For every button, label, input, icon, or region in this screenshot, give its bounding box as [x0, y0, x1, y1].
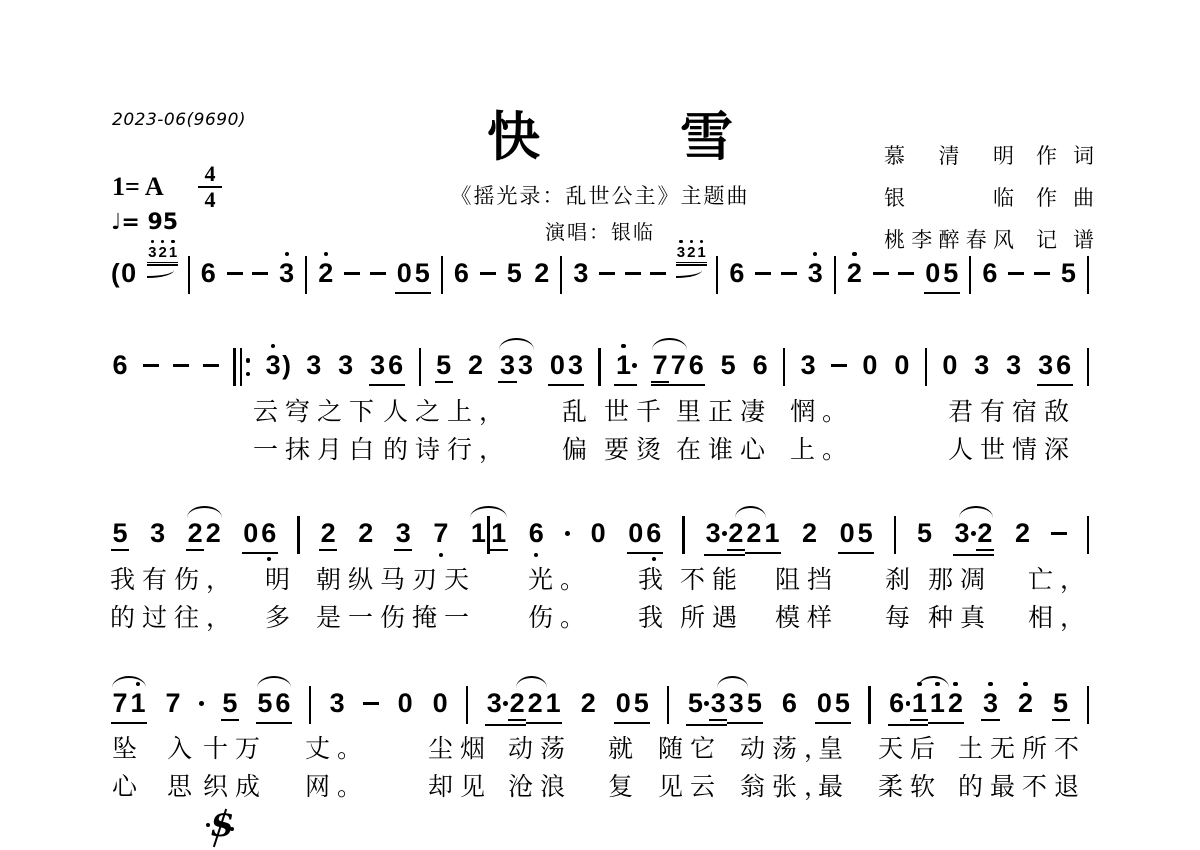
- note: 6: [780, 688, 798, 719]
- beam-group: 06: [242, 518, 278, 554]
- note: 0: [838, 518, 856, 549]
- slur-arc: [516, 676, 547, 688]
- barline: [598, 348, 600, 386]
- note-digit: 6: [452, 258, 470, 289]
- octave-dot-above: [151, 240, 154, 243]
- note: 5: [505, 258, 523, 289]
- note: 2: [158, 244, 168, 261]
- lyric-segment: 心: [112, 772, 144, 803]
- beam-group: 06: [627, 518, 663, 554]
- tempo-marking: ♩= 95: [111, 210, 178, 235]
- note: 7: [111, 688, 129, 719]
- beam-group: 05: [924, 258, 960, 294]
- grace-slur: [676, 268, 702, 278]
- note-digit: 0: [395, 258, 413, 289]
- note: 2: [727, 518, 745, 551]
- note-digit: 5: [856, 518, 874, 549]
- lyric-segment: 云穹之下: [253, 397, 381, 428]
- note-digit: 3: [147, 244, 157, 261]
- note-digit: 6: [199, 258, 217, 289]
- note-digit: 2: [845, 258, 863, 289]
- note-digit: 3: [485, 688, 503, 719]
- note: 3: [709, 688, 727, 721]
- note-digit: 6: [981, 258, 999, 289]
- augmentation-dot: [565, 531, 570, 536]
- note: 3: [799, 350, 817, 381]
- slur-arc: [959, 506, 993, 518]
- slur-group: 32: [953, 518, 994, 556]
- note-digit: 0: [815, 688, 833, 719]
- note: 1: [544, 688, 562, 719]
- note: 6: [260, 518, 278, 549]
- lyric-segment: 十万: [203, 734, 267, 765]
- note-digit: 0: [120, 258, 138, 289]
- duration-dash: [173, 364, 189, 367]
- lyric-segment: 伤。: [528, 603, 592, 634]
- note: 3: [517, 350, 535, 381]
- credit-name: 慕清明: [884, 140, 1014, 170]
- note: 0: [589, 518, 607, 549]
- note: 2: [745, 518, 763, 549]
- duration-dash: [625, 272, 641, 275]
- note-digit: 5: [256, 688, 274, 719]
- note-digit: 3: [981, 688, 999, 721]
- lyric-segment: 坠: [112, 734, 144, 765]
- note: 0: [924, 258, 942, 289]
- lyric-segment: 网。: [305, 772, 369, 803]
- note-digit: 3: [149, 518, 167, 549]
- beam-group: 05: [614, 688, 650, 724]
- note-digit: 3: [305, 350, 323, 381]
- note: 3: [806, 258, 824, 289]
- note-digit: 1: [614, 350, 632, 381]
- octave-dot-above: [621, 344, 625, 348]
- beam-group: 32: [485, 688, 526, 726]
- lyric-segment: 不能: [680, 565, 744, 596]
- note-digit: 1: [928, 688, 946, 719]
- note: 5: [111, 518, 129, 551]
- note: 1: [928, 688, 946, 719]
- note-digit: 3: [328, 688, 346, 719]
- lyric-segment: 柔软: [878, 772, 942, 803]
- note: 2: [976, 518, 994, 551]
- note-digit: 3: [369, 350, 387, 381]
- note: 5: [745, 688, 763, 719]
- lyric-segment: 入: [167, 734, 199, 765]
- duration-dash: [363, 702, 379, 705]
- note-digit: 2: [976, 518, 994, 551]
- note: 2: [686, 244, 696, 261]
- slur-arc: [112, 676, 147, 688]
- note-digit: 6: [751, 350, 769, 381]
- note: 6: [751, 350, 769, 381]
- note: 5: [256, 688, 274, 719]
- note-digit: 7: [432, 518, 450, 549]
- note-digit: 6: [260, 518, 278, 549]
- note: 2: [508, 688, 526, 721]
- note-digit: 5: [1052, 688, 1070, 721]
- octave-dot-above: [813, 252, 817, 256]
- duration-dash: [898, 272, 914, 275]
- music-line-3: 532206223711600632212055322: [111, 518, 1089, 558]
- note-digit: 3: [264, 350, 282, 381]
- beam-group: 1: [614, 350, 637, 386]
- note: 6: [387, 350, 405, 381]
- note-digit: 2: [727, 518, 745, 551]
- duration-dash: [227, 272, 243, 275]
- note: 2: [317, 258, 335, 289]
- lyric-segment: 思: [167, 772, 199, 803]
- note-digit: 6: [687, 350, 705, 381]
- barline: [1087, 686, 1089, 724]
- note-digit: 6: [728, 258, 746, 289]
- octave-dot-above: [679, 240, 682, 243]
- note: 5: [632, 688, 650, 719]
- note: 3: [485, 688, 503, 719]
- open-paren: (: [111, 258, 120, 289]
- note-digit: 2: [801, 518, 819, 549]
- note: 1: [469, 518, 487, 549]
- note: 5: [1052, 688, 1070, 721]
- lyric-segment: 的过往，: [110, 603, 238, 634]
- note: 1: [696, 244, 706, 261]
- slur-arc: [652, 338, 687, 350]
- note-digit: 5: [413, 258, 431, 289]
- note: 6: [728, 258, 746, 289]
- duration-dash: [755, 272, 771, 275]
- note: 2: [579, 688, 597, 719]
- note: 6: [645, 518, 663, 549]
- lyric-segment: 皇: [818, 734, 850, 765]
- beam-group: 61: [888, 688, 929, 726]
- note: 5: [435, 350, 453, 383]
- note-digit: 3: [337, 350, 355, 381]
- duration-dash: [650, 272, 666, 275]
- slur-group: 3221: [485, 688, 562, 726]
- octave-dot-above: [852, 252, 856, 256]
- repeat-dot: [246, 358, 250, 362]
- note-digit: 5: [833, 688, 851, 719]
- segno-icon: S: [206, 808, 234, 848]
- slur-arc: [735, 506, 766, 518]
- note: 6: [452, 258, 470, 289]
- music-line-1: (03216320565233216320565: [111, 258, 1089, 298]
- note: 3: [953, 518, 971, 549]
- duration-dash: [1051, 532, 1067, 535]
- note: 2: [845, 258, 863, 289]
- lyric-segment: 模样: [775, 603, 839, 634]
- grace-slur: [147, 268, 173, 278]
- note-digit: 0: [614, 688, 632, 719]
- duration-dash: [1034, 272, 1050, 275]
- note-digit: 0: [242, 518, 260, 549]
- note-digit: 6: [780, 688, 798, 719]
- title-char-2: 雪: [680, 108, 733, 168]
- lyric-segment: 那凋: [928, 565, 992, 596]
- note: 7: [432, 518, 450, 549]
- slur-arc: [499, 338, 534, 350]
- lyric-segment: 的诗行，: [383, 435, 511, 466]
- note: 0: [893, 350, 911, 381]
- note-digit: 3: [566, 350, 584, 381]
- lyric-segment: 里正凄: [676, 397, 772, 428]
- note-digit: 5: [111, 518, 129, 551]
- note-digit: 5: [632, 688, 650, 719]
- repeat-start-barline: [233, 348, 251, 386]
- lyric-segment: 所遇: [680, 603, 744, 634]
- slur-arc: [187, 506, 222, 518]
- note-digit: 3: [1037, 350, 1055, 381]
- note: 0: [941, 350, 959, 381]
- note: 0: [861, 350, 879, 381]
- note-digit: 2: [357, 518, 375, 549]
- note: 2: [1013, 518, 1031, 549]
- slur-group: 11: [469, 518, 507, 554]
- octave-dot-below: [439, 553, 443, 557]
- barline: [419, 348, 421, 386]
- note-digit: 2: [508, 688, 526, 721]
- note: 0: [815, 688, 833, 719]
- song-title: 快 雪: [487, 108, 733, 168]
- barline: [925, 348, 927, 386]
- time-signature-bottom: 4: [198, 188, 222, 211]
- note-digit: 3: [953, 518, 971, 549]
- lyric-segment: 动荡: [508, 734, 572, 765]
- lyric-segment: 我有伤，: [110, 565, 238, 596]
- note: 3: [981, 688, 999, 721]
- barline: [716, 256, 718, 294]
- title-char-1: 快: [487, 108, 540, 168]
- duration-dash: [599, 272, 615, 275]
- note-digit: 7: [164, 688, 182, 719]
- note: 0: [627, 518, 645, 549]
- duration-dash: [252, 272, 268, 275]
- beam-group: 35: [727, 688, 763, 724]
- note: 2: [319, 518, 337, 551]
- note-digit: 6: [645, 518, 663, 549]
- note-digit: 1: [469, 518, 487, 549]
- lyric-segment: 乱: [562, 397, 594, 428]
- note: 1: [168, 244, 178, 261]
- note-digit: 1: [168, 244, 178, 261]
- note-digit: 5: [435, 350, 453, 383]
- note-digit: 5: [915, 518, 933, 549]
- beam-group: 05: [838, 518, 874, 554]
- note-digit: 1: [910, 688, 928, 721]
- note-digit: 3: [498, 350, 516, 383]
- note-digit: 1: [763, 518, 781, 549]
- note-digit: 3: [1005, 350, 1023, 381]
- music-line-2: 63)333652330317765630003336: [111, 350, 1089, 390]
- edition-code: 2023-06(9690): [112, 110, 246, 130]
- grace-row: 321: [147, 244, 178, 263]
- note: 2: [1016, 688, 1034, 719]
- lyric-segment: 尘烟: [428, 734, 492, 765]
- note: 7: [164, 688, 182, 719]
- rdots: [246, 348, 250, 386]
- note-digit: 1: [129, 688, 147, 719]
- credit-role: 记谱: [1036, 224, 1094, 254]
- lyric-segment: 上。: [790, 435, 854, 466]
- lyric-segment: 我: [638, 603, 670, 634]
- note: 6: [981, 258, 999, 289]
- lyric-segment: 相，: [1028, 603, 1092, 634]
- lyric-segment: 是一伤掩一: [316, 603, 476, 634]
- note-digit: 5: [942, 258, 960, 289]
- note: 3: [676, 244, 686, 261]
- barline: [466, 686, 468, 724]
- beam-group: 71: [111, 688, 147, 724]
- octave-dot-below: [267, 557, 271, 561]
- note: 6: [1055, 350, 1073, 381]
- note: 3: [328, 688, 346, 719]
- note: 3: [498, 350, 516, 383]
- slur-arc: [717, 676, 748, 688]
- note: 6: [527, 518, 545, 549]
- duration-dash: [480, 272, 496, 275]
- credit-role: 作词: [1036, 140, 1094, 170]
- beam-group: 12: [928, 688, 964, 724]
- beam-group: 53: [686, 688, 727, 726]
- slur-group: 22: [186, 518, 222, 551]
- lyric-segment: 偏: [562, 435, 594, 466]
- beam-group: 21: [526, 688, 562, 724]
- augmentation-dot: [199, 701, 204, 706]
- note-digit: 2: [745, 518, 763, 549]
- slur-group: 5335: [686, 688, 763, 726]
- note-digit: 2: [686, 244, 696, 261]
- note-digit: 2: [533, 258, 551, 289]
- note-digit: 3: [517, 350, 535, 381]
- octave-dot-above: [988, 682, 992, 686]
- lyric-segment: 见云: [658, 772, 722, 803]
- beam-group: 05: [395, 258, 431, 294]
- note: 3: [727, 688, 745, 719]
- augmentation-dot: [632, 363, 637, 368]
- duration-dash: [831, 364, 847, 367]
- octave-dot-above: [935, 682, 939, 686]
- key-signature: 1= A: [112, 172, 164, 202]
- note: 6: [888, 688, 906, 719]
- note-digit: 7: [111, 688, 129, 719]
- beam-group: 76: [669, 350, 705, 386]
- barline: [1087, 348, 1089, 386]
- note: 3: [147, 244, 157, 261]
- lyric-segment: 每: [885, 603, 917, 634]
- lyric-segment: 随它: [658, 734, 722, 765]
- credits: 慕清明 作词 银临 作曲 桃李醉春风 记谱: [884, 140, 1094, 266]
- note: 6: [111, 350, 129, 381]
- note: 6: [199, 258, 217, 289]
- note-digit: 3: [799, 350, 817, 381]
- note: 3: [566, 350, 584, 381]
- note-digit: 2: [186, 518, 204, 551]
- lyric-segment: 沧浪: [508, 772, 572, 803]
- note-digit: 3: [572, 258, 590, 289]
- lyric-segment: 种真: [928, 603, 992, 634]
- note: 2: [186, 518, 204, 551]
- barline: [560, 256, 562, 294]
- lyric-segment: 土无所不: [958, 734, 1086, 765]
- slur-group: 71: [111, 688, 147, 724]
- note-digit: 6: [387, 350, 405, 381]
- note: 3: [572, 258, 590, 289]
- barline: [667, 686, 669, 724]
- note: 3: [1005, 350, 1023, 381]
- slur-group: 56: [256, 688, 292, 724]
- note: 0: [395, 258, 413, 289]
- lyric-segment: 惘。: [790, 397, 854, 428]
- note-digit: 0: [396, 688, 414, 719]
- duration-dash: [203, 364, 219, 367]
- note-digit: 3: [973, 350, 991, 381]
- note: 5: [833, 688, 851, 719]
- note-digit: 0: [924, 258, 942, 289]
- note-digit: 2: [467, 350, 485, 381]
- octave-dot-below: [652, 557, 656, 561]
- note: 1: [490, 518, 508, 551]
- beam-group: 21: [745, 518, 781, 554]
- note-digit: 1: [544, 688, 562, 719]
- lyric-segment: 复: [608, 772, 640, 803]
- note-digit: 6: [111, 350, 129, 381]
- slur-group: 6112: [888, 688, 965, 726]
- note-digit: 7: [651, 350, 669, 383]
- octave-dot-above: [285, 252, 289, 256]
- note-digit: 3: [278, 258, 296, 289]
- note: (0: [111, 258, 138, 289]
- lyric-segment: 人世情深: [948, 435, 1076, 466]
- note-digit: 2: [204, 518, 222, 549]
- sheet-page: 2023-06(9690) 快 雪 《摇光录：乱世公主》主题曲 演唱：银临 1=…: [0, 0, 1200, 850]
- credit-composer: 银临 作曲: [884, 182, 1094, 212]
- note: 3: [369, 350, 387, 381]
- slur-group: 33: [498, 350, 534, 383]
- note: 5: [942, 258, 960, 289]
- barline: [309, 686, 311, 724]
- barline: [868, 686, 870, 724]
- note-digit: 1: [490, 518, 508, 551]
- slur-arc: [257, 676, 292, 688]
- grace-notes: 321: [676, 244, 707, 278]
- note-digit: 7: [669, 350, 687, 381]
- note-digit: 3: [394, 518, 412, 551]
- beam-group: 36: [369, 350, 405, 386]
- barline: [894, 516, 896, 554]
- rb2: [240, 348, 242, 386]
- note: 2: [204, 518, 222, 549]
- music-line-4: 717556300322120553356056112325: [111, 688, 1089, 728]
- note-digit: 0: [431, 688, 449, 719]
- lyric-segment: 人之上，: [383, 397, 511, 428]
- note-digit: 0: [627, 518, 645, 549]
- barline: [834, 256, 836, 294]
- note-digit: 3: [676, 244, 686, 261]
- lyric-segment: 在谁心: [676, 435, 772, 466]
- note-digit: 0: [941, 350, 959, 381]
- beam-group: 05: [815, 688, 851, 724]
- note: 5: [915, 518, 933, 549]
- octave-dot-below: [534, 553, 538, 557]
- duration-dash: [873, 272, 889, 275]
- lyric-segment: 光。: [528, 565, 592, 596]
- lyric-segment: 多: [265, 603, 297, 634]
- note: 5: [719, 350, 737, 381]
- note-digit: 2: [1013, 518, 1031, 549]
- note-digit: 2: [317, 258, 335, 289]
- beam-group: 56: [256, 688, 292, 724]
- note: 2: [526, 688, 544, 719]
